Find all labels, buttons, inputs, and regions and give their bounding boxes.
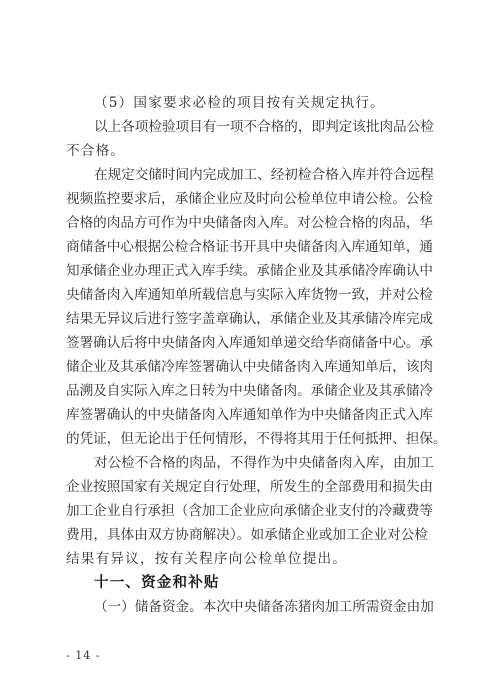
text-line: （一）储备资金。本次中央储备冻猪肉加工所需资金由加: [94, 597, 428, 617]
text-line: 结果无异议后进行签字盖章确认，承储企业及其承储冷库完成: [66, 309, 428, 329]
text-line: 加工企业自行承担（含加工企业应向承储企业支付的冷藏费等: [66, 501, 428, 521]
text-line: 在规定交储时间内完成加工、经初检合格入库并符合远程: [94, 165, 428, 185]
page-number: - 14 -: [66, 649, 100, 662]
text-line: 签署确认后将中央储备肉入库通知单递交给华商储备中心。承: [66, 333, 428, 353]
section-heading: 十一、资金和补贴: [94, 573, 428, 593]
text-line: 合格的肉品方可作为中央储备肉入库。对公检合格的肉品，华: [66, 213, 428, 233]
text-line: 央储备肉入库通知单所载信息与实际入库货物一致，并对公检: [66, 285, 428, 305]
text-line: 商储备中心根据公检合格证书开具中央储备肉入库通知单，通: [66, 237, 428, 257]
text-line: 企业按照国家有关规定自行处理，所发生的全部费用和损失由: [66, 477, 428, 497]
text-line: 知承储企业办理正式入库手续。承储企业及其承储冷库确认中: [66, 261, 428, 281]
document-page: （5）国家要求必检的项目按有关规定执行。 以上各项检验项目有一项不合格的，即判定…: [0, 0, 494, 700]
text-line: 库签署确认的中央储备肉入库通知单作为中央储备肉正式入库: [66, 405, 428, 425]
text-line: 品溯及自实际入库之日转为中央储备肉。承储企业及其承储冷: [66, 381, 428, 401]
text-line: 储企业及其承储冷库签署确认中央储备肉入库通知单后，该肉: [66, 357, 428, 377]
text-line: 视频监控要求后，承储企业应及时向公检单位申请公检。公检: [66, 189, 428, 209]
text-line: （5）国家要求必检的项目按有关规定执行。: [94, 93, 428, 113]
text-line: 的凭证，但无论出于任何情形，不得将其用于任何抵押、担保。: [66, 429, 428, 449]
text-line: 费用，具体由双方协商解决）。如承储企业或加工企业对公检: [66, 525, 428, 545]
text-line: 不合格。: [66, 141, 428, 161]
text-line: 以上各项检验项目有一项不合格的，即判定该批肉品公检: [94, 117, 428, 137]
text-line: 结果有异议，按有关程序向公检单位提出。: [66, 549, 428, 569]
text-line: 对公检不合格的肉品，不得作为中央储备肉入库，由加工: [94, 453, 428, 473]
